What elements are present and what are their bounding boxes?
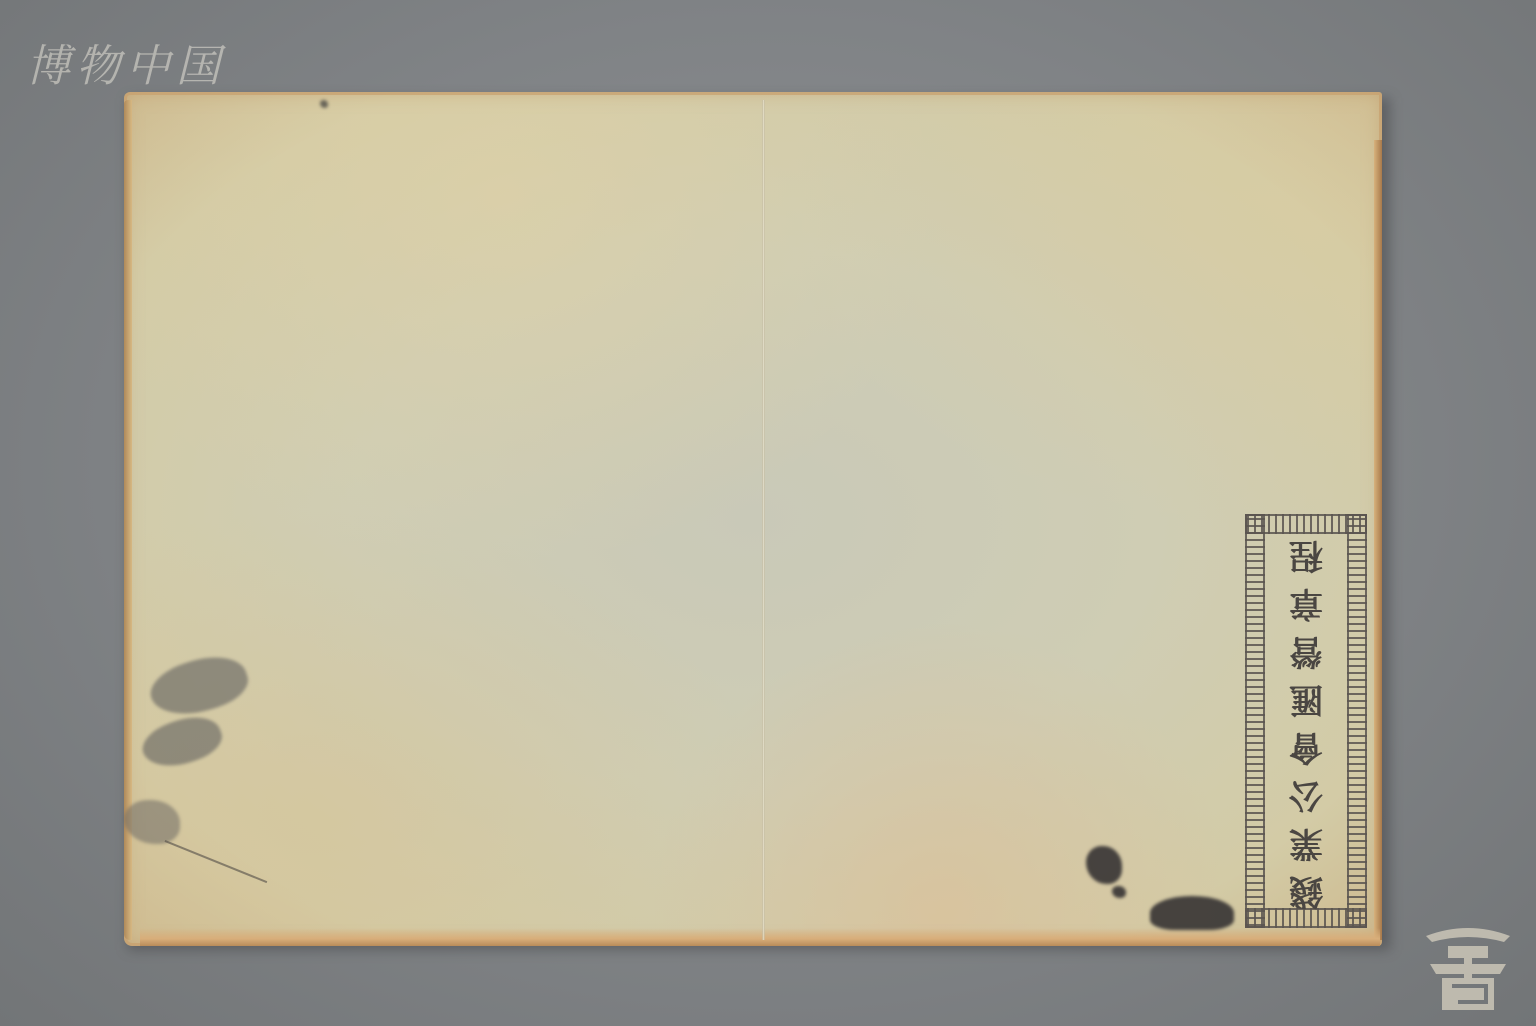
title-char: 公 (1289, 778, 1323, 812)
title-char: 營 (1289, 634, 1323, 668)
title-char: 錢 (1289, 874, 1323, 908)
meander-border-left (1245, 514, 1265, 928)
book-bottom-edge (140, 928, 1380, 946)
ink-stain (1112, 886, 1126, 898)
book-cover (124, 92, 1382, 946)
meander-border-bottom (1245, 908, 1367, 928)
watermark-text: 博物中国 (26, 30, 226, 94)
ink-spot (320, 100, 328, 108)
title-char: 章 (1289, 586, 1323, 620)
pavilion-logo-icon (1412, 912, 1524, 1012)
book-title: 錢 業 公 會 匯 營 章 程 (1277, 538, 1335, 908)
ink-stain (1150, 896, 1234, 930)
book-right-edge (1374, 140, 1382, 940)
title-label-frame: 錢 業 公 會 匯 營 章 程 (1245, 514, 1367, 928)
title-char: 匯 (1289, 682, 1323, 716)
meander-border-top (1245, 514, 1367, 534)
meander-border-right (1347, 514, 1367, 928)
title-char: 業 (1289, 826, 1323, 860)
title-char: 程 (1289, 538, 1323, 572)
center-fold-line (762, 100, 765, 940)
title-char: 會 (1289, 730, 1323, 764)
